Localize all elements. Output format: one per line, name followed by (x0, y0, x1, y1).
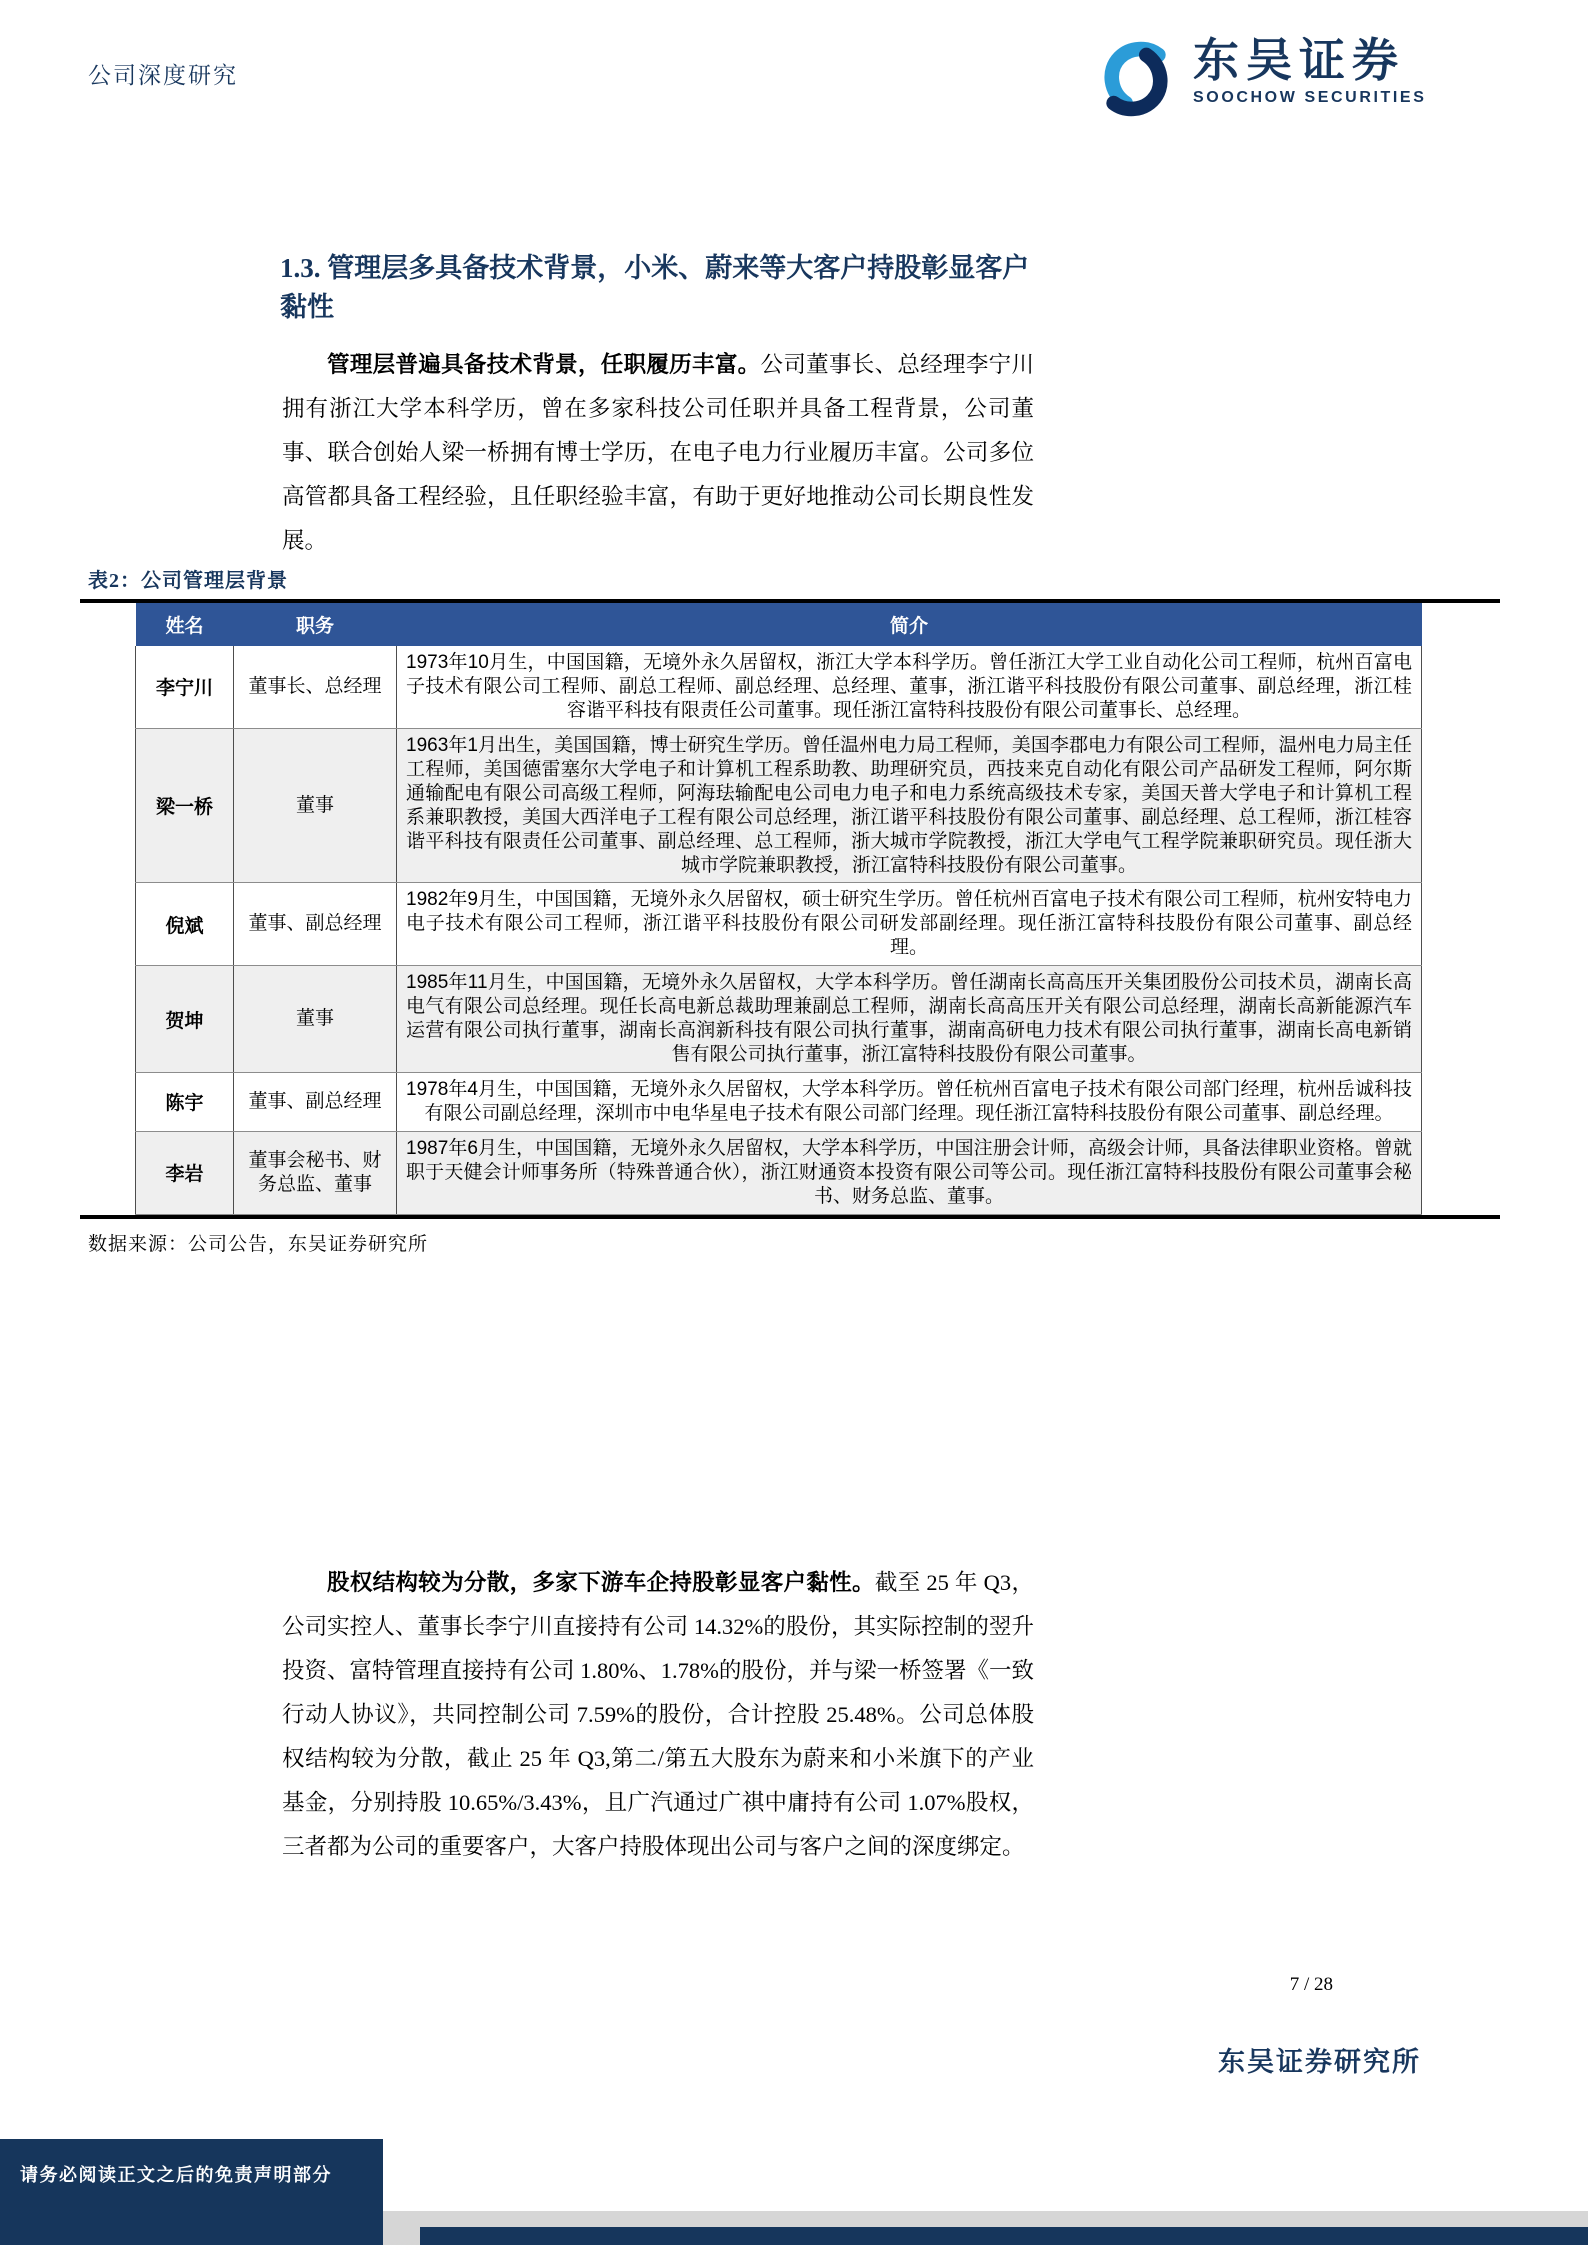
disclaimer-banner: 请务必阅读正文之后的免责声明部分 (0, 2139, 383, 2245)
column-header-title: 职务 (234, 603, 397, 646)
manager-name: 贺坤 (136, 966, 234, 1073)
table-row: 倪斌 董事、副总经理 1982年9月生，中国国籍，无境外永久居留权，硕士研究生学… (136, 883, 1422, 966)
report-type-label: 公司深度研究 (88, 57, 238, 90)
research-institute-label: 东吴证券研究所 (1218, 2040, 1421, 2079)
manager-name: 李岩 (136, 1131, 234, 1214)
section-heading: 1.3. 管理层多具备技术背景，小米、蔚来等大客户持股彰显客户黏性 (280, 246, 1040, 324)
manager-name: 陈宇 (136, 1073, 234, 1132)
table-row: 李岩 董事会秘书、财务总监、董事 1987年6月生，中国国籍，无境外永久居留权，… (136, 1131, 1422, 1214)
manager-name: 梁一桥 (136, 728, 234, 883)
manager-bio: 1978年4月生，中国国籍，无境外永久居留权，大学本科学历。曾任杭州百富电子技术… (397, 1073, 1422, 1132)
table-row: 贺坤 董事 1985年11月生，中国国籍，无境外永久居留权，大学本科学历。曾任湖… (136, 966, 1422, 1073)
paragraph-body-text: 截至 25 年 Q3，公司实控人、董事长李宁川直接持有公司 14.32%的股份，… (282, 1570, 1034, 1859)
management-table-section: 表2：公司管理层背景 姓名 职务 简介 李宁川 董事长、总经理 1973年10月… (80, 564, 1500, 1256)
management-table-body: 李宁川 董事长、总经理 1973年10月生，中国国籍，无境外永久居留权，浙江大学… (136, 646, 1422, 1214)
soochow-logo-icon (1093, 36, 1179, 122)
management-table: 姓名 职务 简介 李宁川 董事长、总经理 1973年10月生，中国国籍，无境外永… (135, 603, 1422, 1215)
report-page: 公司深度研究 东吴证券 SOOCHOW SECURITIES 1.3. 管理层多… (0, 0, 1588, 2245)
management-table-header: 姓名 职务 简介 (136, 603, 1422, 646)
paragraph-body-text: 公司董事长、总经理李宁川拥有浙江大学本科学历，曾在多家科技公司任职并具备工程背景… (282, 352, 1034, 553)
brand-name-en: SOOCHOW SECURITIES (1193, 89, 1426, 107)
table-row: 李宁川 董事长、总经理 1973年10月生，中国国籍，无境外永久居留权，浙江大学… (136, 646, 1422, 728)
table-row: 梁一桥 董事 1963年1月出生，美国国籍，博士研究生学历。曾任温州电力局工程师… (136, 728, 1422, 883)
page-number: 7 / 28 (1290, 1974, 1333, 1996)
brand-text: 东吴证券 SOOCHOW SECURITIES (1193, 36, 1426, 107)
manager-title: 董事 (234, 728, 397, 883)
table-caption: 表2：公司管理层背景 (88, 564, 1500, 593)
brand-logo: 东吴证券 SOOCHOW SECURITIES (1093, 36, 1426, 122)
manager-bio: 1963年1月出生，美国国籍，博士研究生学历。曾任温州电力局工程师，美国李郡电力… (397, 728, 1422, 883)
management-paragraph: 管理层普遍具备技术背景，任职履历丰富。公司董事长、总经理李宁川拥有浙江大学本科学… (282, 343, 1034, 563)
disclaimer-text: 请务必阅读正文之后的免责声明部分 (20, 2161, 383, 2187)
manager-title: 董事会秘书、财务总监、董事 (234, 1131, 397, 1214)
column-header-name: 姓名 (136, 603, 234, 646)
manager-title: 董事长、总经理 (234, 646, 397, 728)
footer-navy-bar (420, 2227, 1588, 2245)
data-source-note: 数据来源：公司公告，东吴证券研究所 (88, 1229, 1500, 1256)
ownership-paragraph: 股权结构较为分散，多家下游车企持股彰显客户黏性。截至 25 年 Q3，公司实控人… (282, 1561, 1034, 1869)
column-header-bio: 简介 (397, 603, 1422, 646)
manager-bio: 1985年11月生，中国国籍，无境外永久居留权，大学本科学历。曾任湖南长高高压开… (397, 966, 1422, 1073)
manager-name: 李宁川 (136, 646, 234, 728)
table-row: 陈宇 董事、副总经理 1978年4月生，中国国籍，无境外永久居留权，大学本科学历… (136, 1073, 1422, 1132)
manager-name: 倪斌 (136, 883, 234, 966)
manager-bio: 1987年6月生，中国国籍，无境外永久居留权，大学本科学历，中国注册会计师，高级… (397, 1131, 1422, 1214)
paragraph-lead-bold: 管理层普遍具备技术背景，任职履历丰富。 (327, 352, 761, 377)
manager-title: 董事 (234, 966, 397, 1073)
manager-title: 董事、副总经理 (234, 883, 397, 966)
paragraph-lead-bold: 股权结构较为分散，多家下游车企持股彰显客户黏性。 (327, 1570, 875, 1595)
table-bottom-rule (80, 1215, 1500, 1219)
brand-name-cn: 东吴证券 (1193, 36, 1426, 87)
manager-title: 董事、副总经理 (234, 1073, 397, 1132)
manager-bio: 1982年9月生，中国国籍，无境外永久居留权，硕士研究生学历。曾任杭州百富电子技… (397, 883, 1422, 966)
manager-bio: 1973年10月生，中国国籍，无境外永久居留权，浙江大学本科学历。曾任浙江大学工… (397, 646, 1422, 728)
